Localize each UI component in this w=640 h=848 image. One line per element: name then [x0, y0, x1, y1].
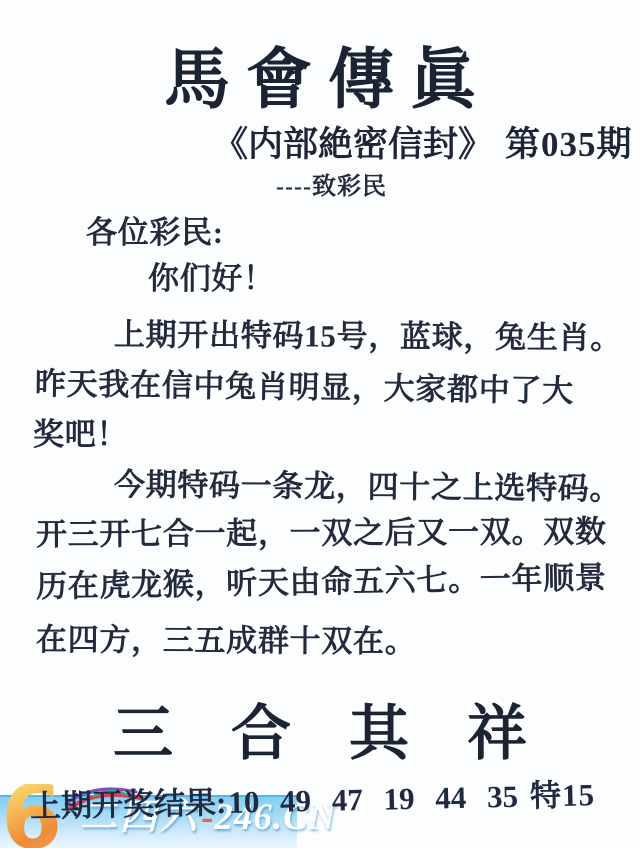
- results-numbers: 10 49 47 19 44 35: [228, 779, 518, 820]
- body-line: 历在虎龙猴，听天由命五六七。一年顺景: [36, 552, 607, 606]
- body-line: 昨天我在信中兔肖明显，大家都中了大: [35, 358, 574, 411]
- results-special-number: 特15: [530, 777, 596, 813]
- lottery-fax-letter: 馬會傳眞 《内部絶密信封》第035期 ----致彩民 各位彩民: 你们好！ 上期…: [0, 0, 640, 848]
- body-line: 上期开出特码15号，蓝球，兔生肖。: [114, 309, 622, 358]
- slogan-text: 三合其祥: [0, 686, 640, 772]
- body-line: 今期特码一条龙，四十之上选特码。: [114, 459, 622, 508]
- page-title: 馬會傳眞: [0, 26, 640, 121]
- body-line: 奖吧！: [33, 409, 128, 454]
- body-line: 在四方，三五成群十双在。: [36, 614, 417, 661]
- issue-number: 第035期: [505, 125, 633, 164]
- subtitle-line: 《内部絶密信封》第035期: [213, 117, 633, 167]
- dedication-line: ----致彩民: [276, 166, 387, 201]
- greeting: 你们好！: [148, 253, 275, 298]
- previous-draw-results: 上期开奖结果:10 49 47 19 44 35特15: [30, 769, 596, 826]
- salutation: 各位彩民:: [86, 207, 224, 252]
- results-label: 上期开奖结果:: [30, 785, 227, 824]
- envelope-label: 《内部絶密信封》: [213, 125, 493, 164]
- body-line: 开三开七合一起，一双之后又一双。双数: [36, 506, 607, 554]
